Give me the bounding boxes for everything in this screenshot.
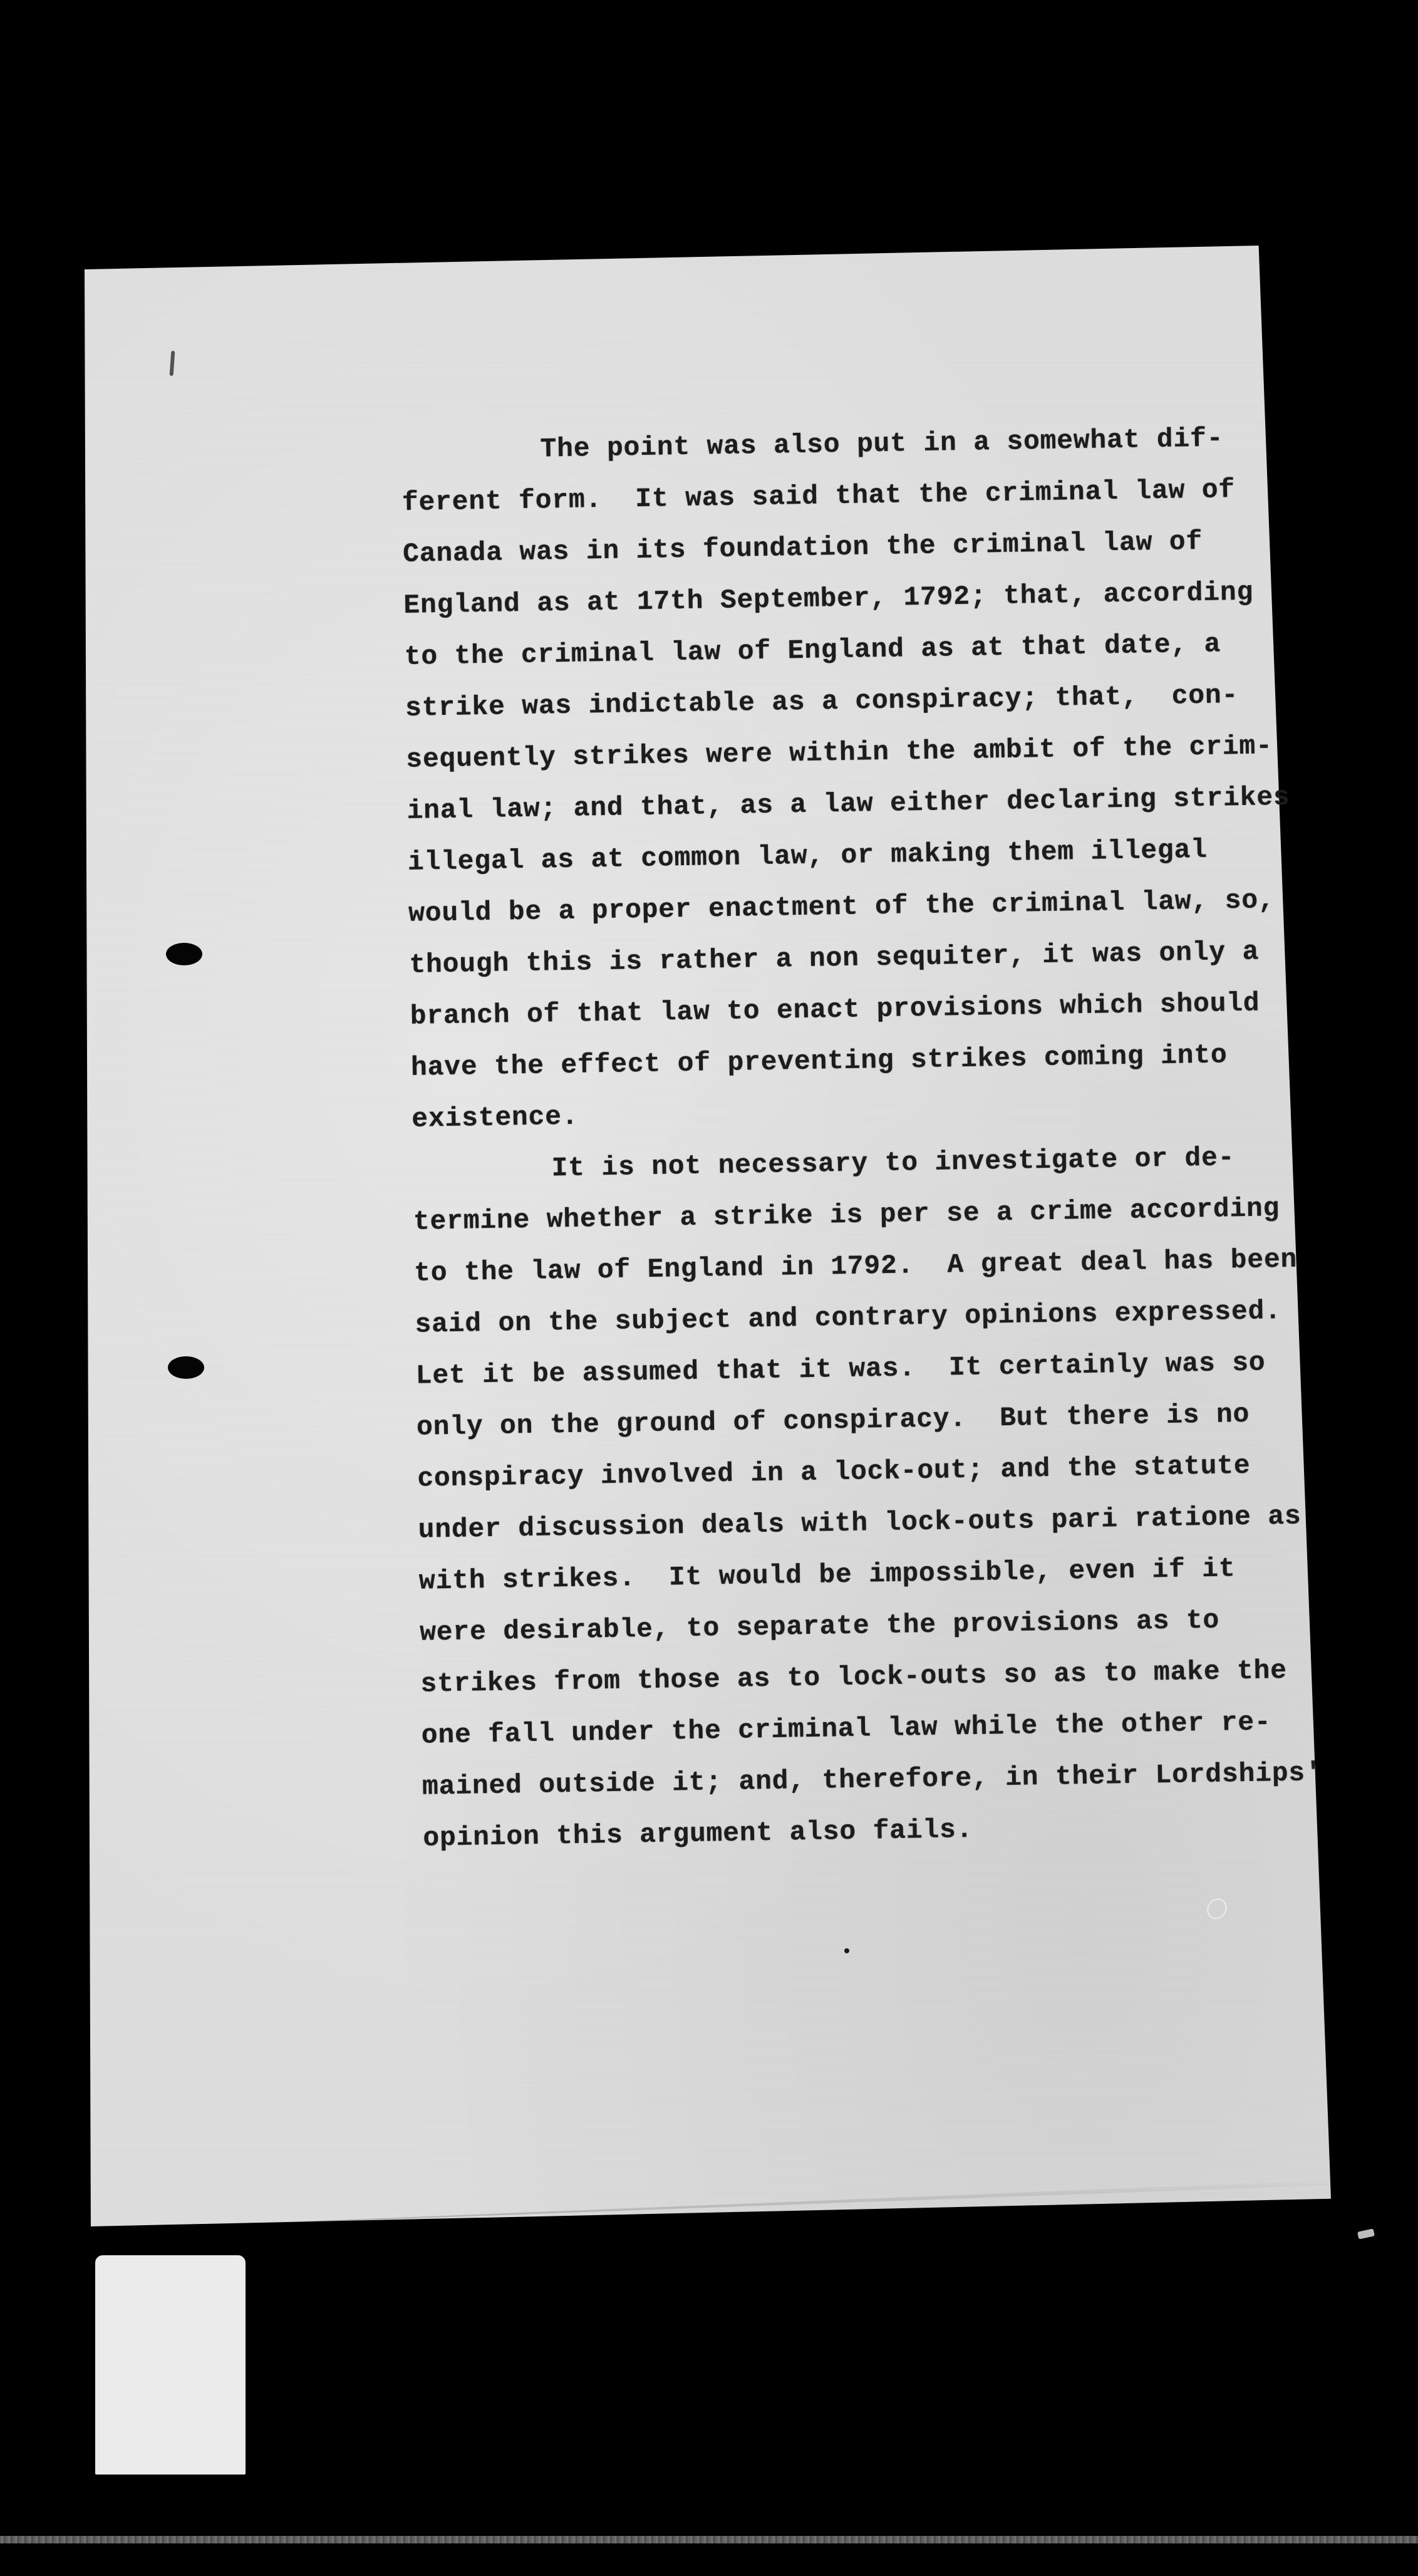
paragraph-1: The point was also put in a somewhat dif… <box>401 412 1308 1145</box>
paragraph-2: It is not necessary to investigate or de… <box>412 1131 1319 1864</box>
ink-speck <box>844 1948 849 1953</box>
blank-index-card <box>95 2255 246 2475</box>
film-edge-strip <box>0 2536 1418 2543</box>
punch-hole-icon <box>168 1356 204 1379</box>
punch-hole-icon <box>166 943 202 965</box>
typescript-body: The point was also put in a somewhat dif… <box>401 412 1319 1864</box>
